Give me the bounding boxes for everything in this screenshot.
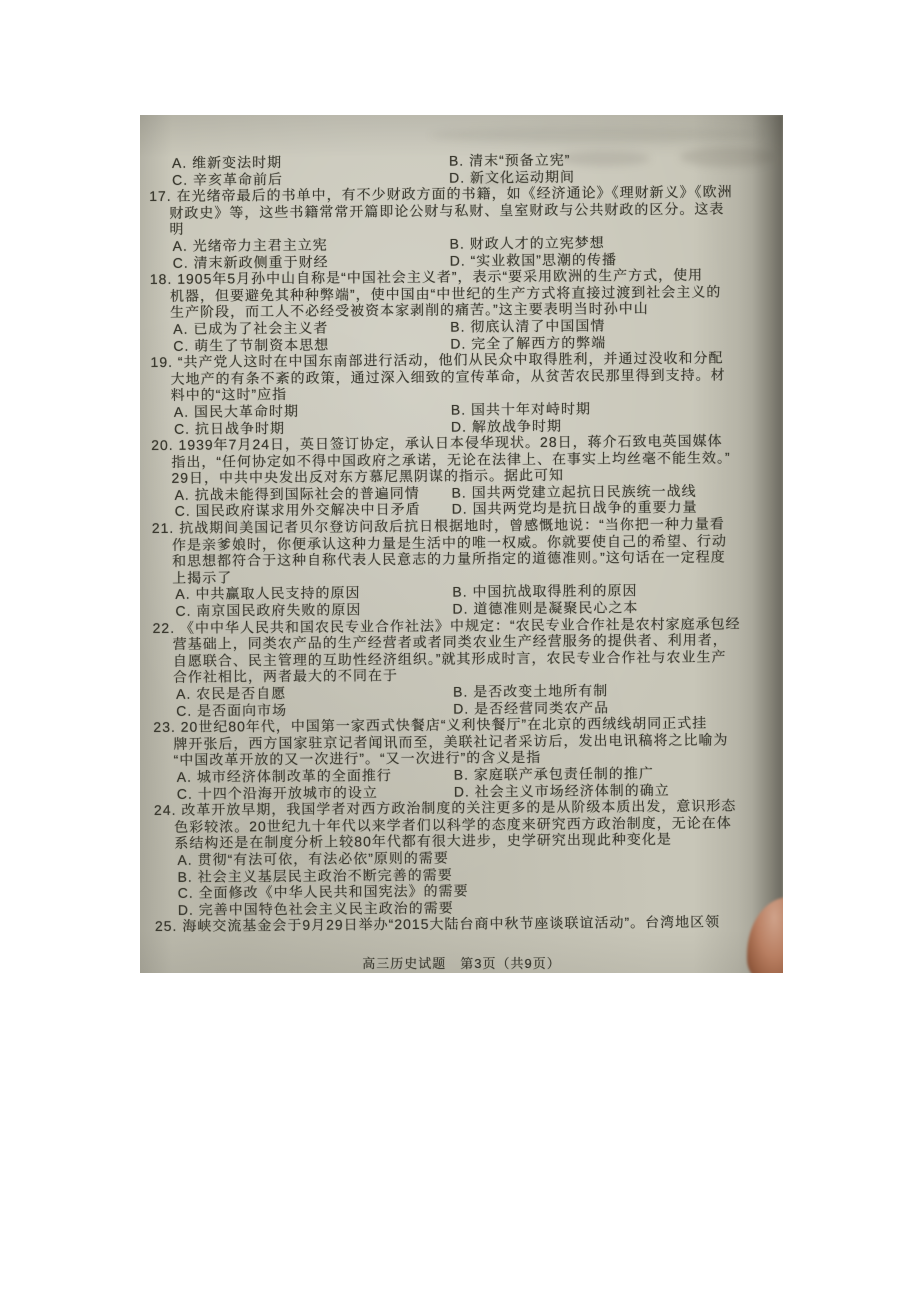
option-label: B. 财政人才的立宪梦想 [450,234,605,252]
option-label: D. 完善中国特色社会主义民主政治的需要 [178,899,454,917]
option-label: D. “实业救国”思潮的传播 [450,251,617,269]
exam-questions-text: A. 维新变法时期B. 清末“预备立宪”C. 辛亥革命前后D. 新文化运动期间1… [149,150,768,935]
page-footer: 高三历史试题第3页（共9页） [140,953,783,972]
option-label: C. 国民政府谋求用外交解决中日矛盾 [175,501,421,519]
option-label: A. 光绪帝力主君主立宪 [173,237,328,254]
option-label: C. 十四个沿海开放城市的设立 [177,784,378,802]
option-label: B. 中国抗战取得胜利的原因 [452,583,637,601]
option-label: B. 清末“预备立宪” [449,152,571,170]
option-label: D. 完全了解西方的弊端 [450,334,606,352]
option-label: C. 清末新政侧重于财经 [173,253,329,270]
option-label: C. 抗日战争时期 [174,419,285,436]
option-label: C. 萌生了节制资本思想 [173,336,329,353]
option-label: D. 国共两党均是抗日战争的重要力量 [452,499,698,518]
option-label: B. 彻底认清了中国国情 [450,317,605,335]
page: { "document": { "footer": { "exam_title"… [0,0,920,1302]
option-label: C. 南京国民政府失败的原因 [175,601,361,618]
option-label: A. 国民大革命时期 [174,403,299,420]
exam-title: 高三历史试题 [362,956,446,971]
option-label: A. 已成为了社会主义者 [173,320,328,337]
option-label: D. 新文化运动期间 [449,168,575,186]
option-label: C. 全面修改《中华人民共和国宪法》的需要 [178,883,469,901]
option-label: A. 贯彻“有法可依，有法必依”原则的需要 [177,850,449,868]
option-label: A. 城市经济体制改革的全面推行 [177,767,392,785]
option-label: C. 辛亥革命前后 [172,171,283,188]
option-label: D. 是否经营同类农产品 [453,699,609,717]
option-label: A. 抗战未能得到国际社会的普遍同情 [174,485,419,503]
option-label: B. 国共十年对峙时期 [451,400,591,418]
option-label: A. 维新变法时期 [172,154,282,171]
option-label: D. 社会主义市场经济体制的确立 [454,782,670,800]
page-number: 第3页（共9页） [460,956,560,971]
option-label: C. 是否面向市场 [176,702,287,719]
ink-bleed-smudge [430,127,760,143]
option-label: D. 道德准则是凝聚民心之本 [452,599,638,617]
paper-edge-shadow [753,115,783,973]
option-label: A. 农民是否自愿 [176,685,286,702]
option-label: B. 家庭联产承包责任制的推广 [454,765,654,783]
option-label: B. 是否改变土地所有制 [453,682,608,700]
option-label: A. 中共赢取人民支持的原因 [175,585,360,602]
option-label: D. 解放战争时期 [451,417,562,434]
exam-paper-photo: A. 维新变法时期B. 清末“预备立宪”C. 辛亥革命前后D. 新文化运动期间1… [140,115,783,973]
option-label: B. 社会主义基层民主政治不断完善的需要 [177,866,452,884]
question-25-stem-line: 25. 海峡交流基金会于9月29日举办“2015大陆台商中秋节座谈联谊活动”。台… [155,913,768,934]
